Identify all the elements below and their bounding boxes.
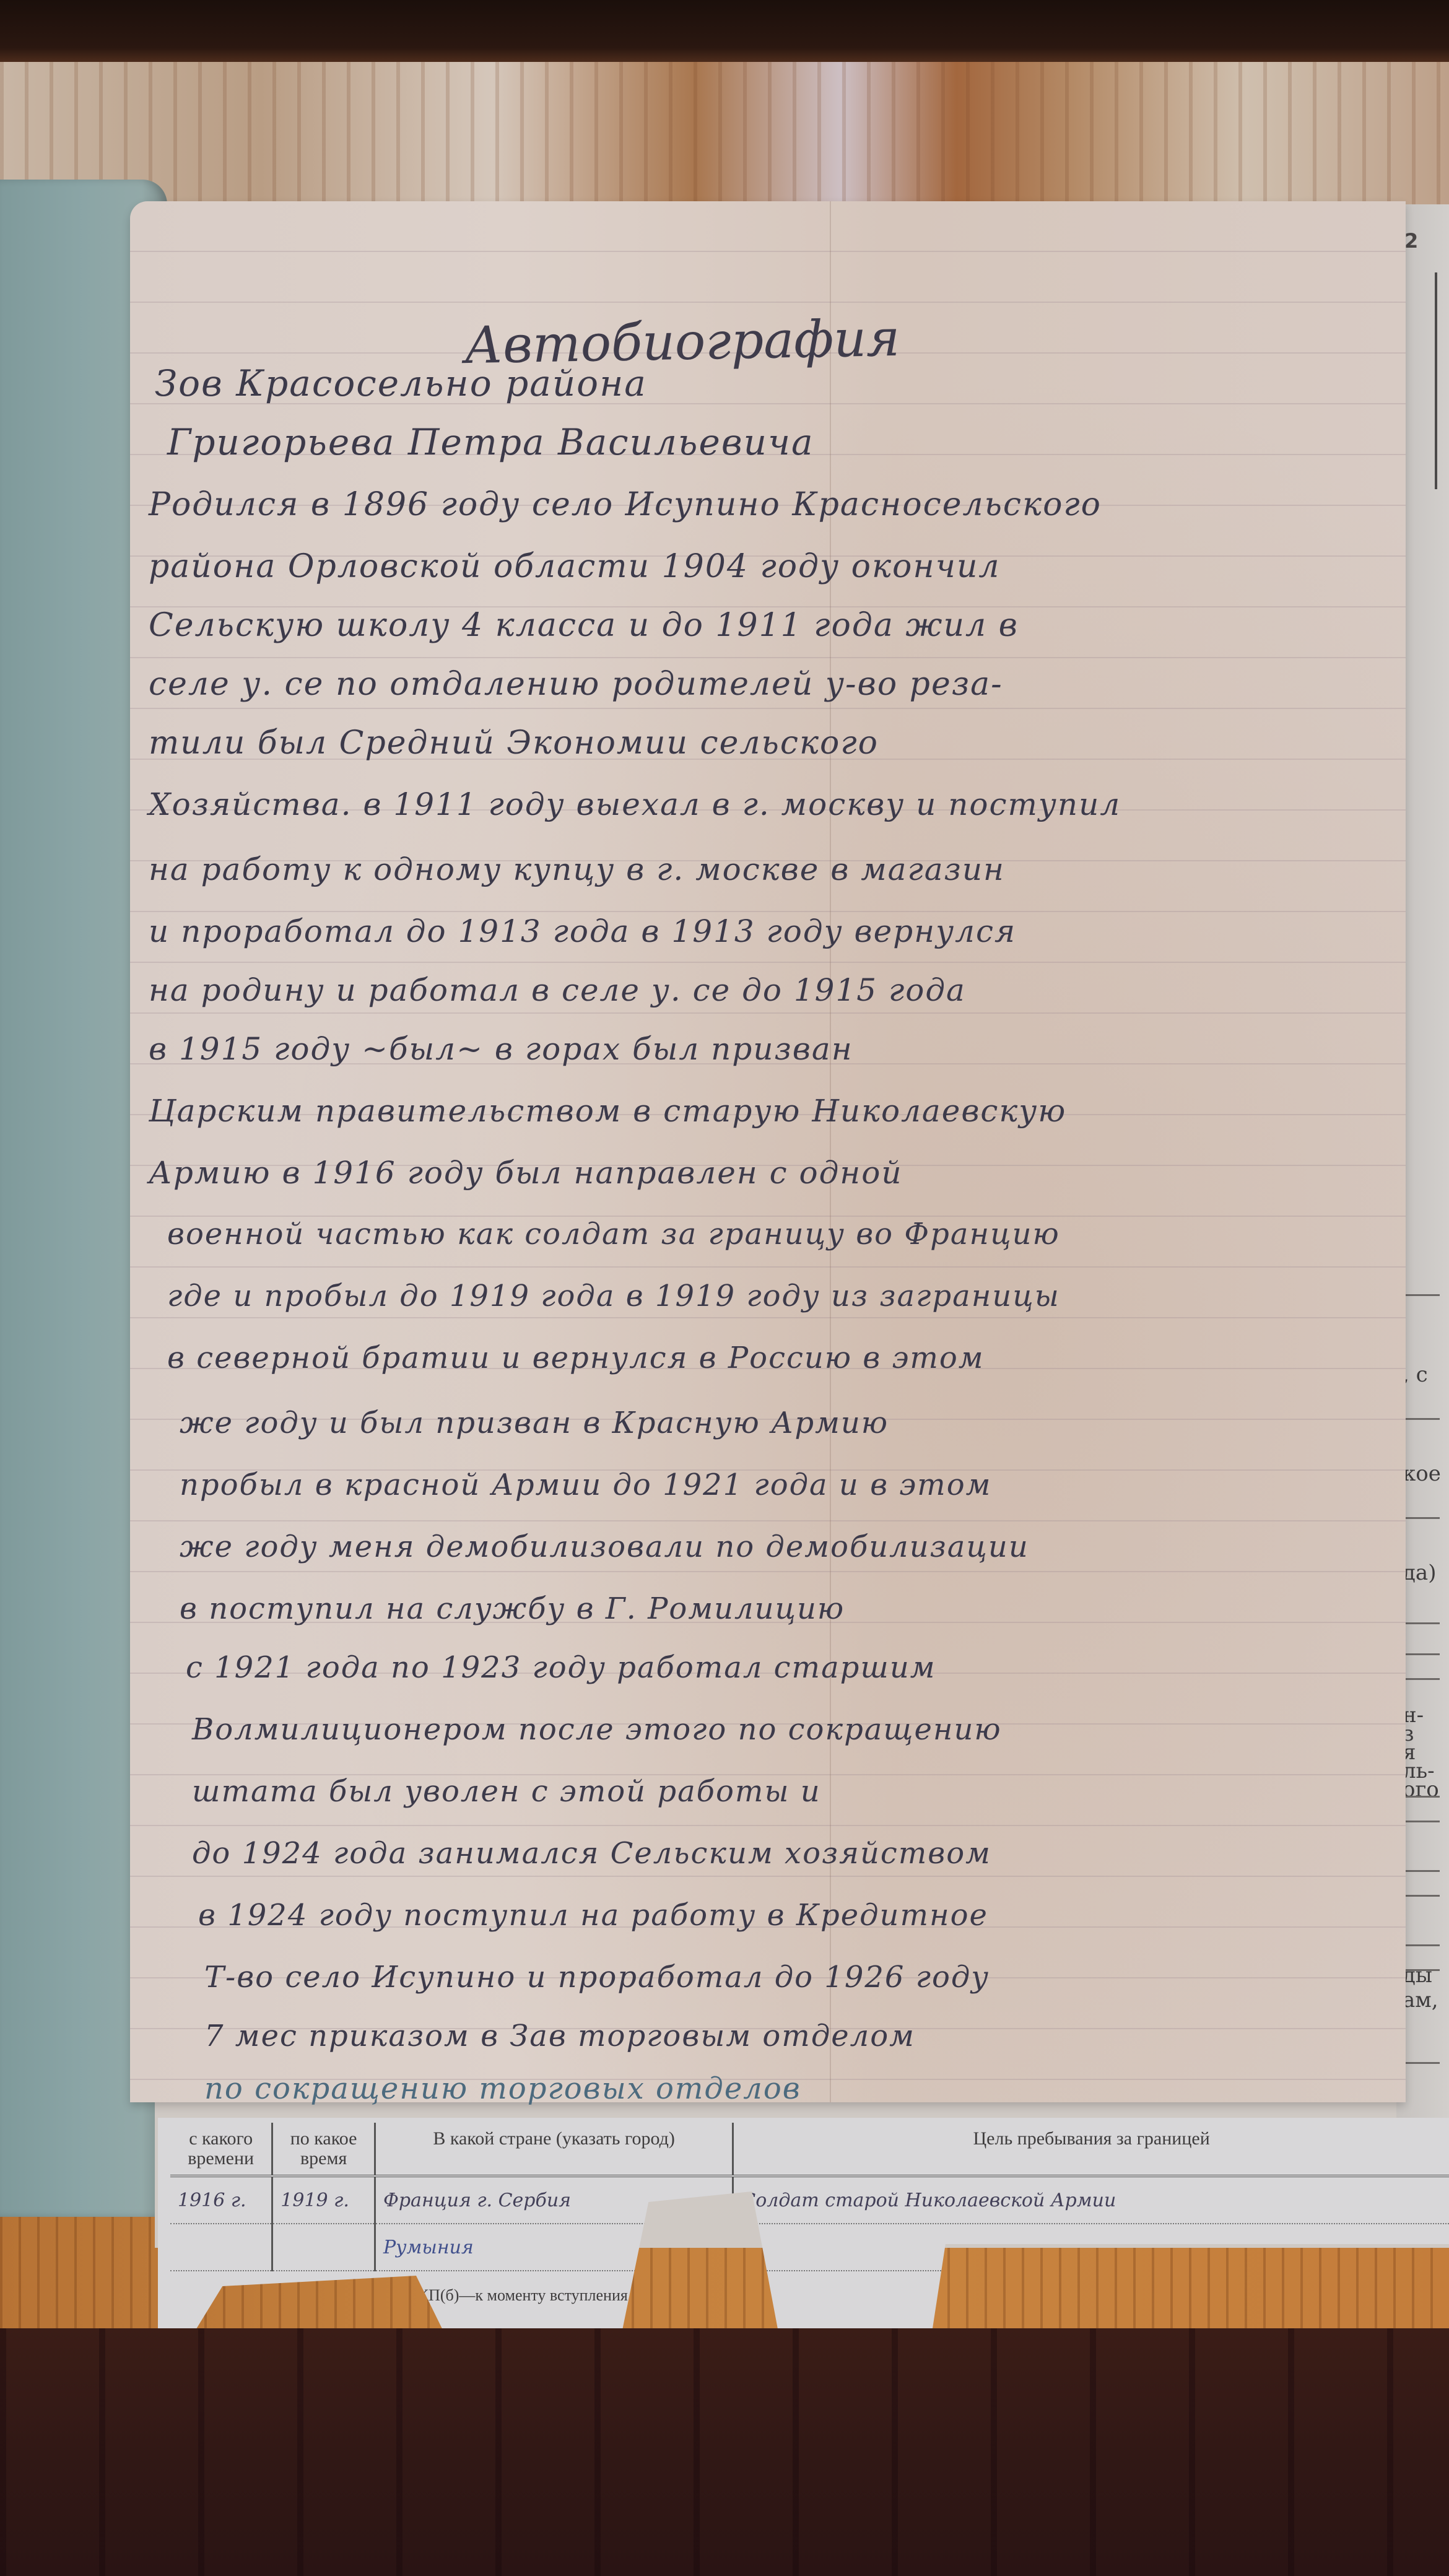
form-rule	[1403, 1294, 1440, 1296]
handwritten-line: Хозяйства. в 1911 году выехал в г. москв…	[149, 786, 1121, 822]
autobiography-sheet: Автобиография Зов Красосельно района Гри…	[130, 201, 1406, 2102]
column-header-purpose: Цель пребывания за границей	[733, 2123, 1449, 2176]
form-fragment: ам,	[1403, 1988, 1438, 2012]
handwritten-line: на работу к одному купцу в г. москве в м…	[149, 851, 1005, 887]
handwritten-line: до 1924 года занимался Сельским хозяйств…	[192, 1836, 991, 1871]
handwritten-line: же году меня демобилизовали по демобилиз…	[180, 1529, 1029, 1564]
handwritten-line: же году и был призван в Красную Армию	[180, 1406, 889, 1440]
cell-from: 1916 г.	[170, 2176, 272, 2224]
background-dark-wall	[0, 0, 1449, 68]
table-row: 1916 г. 1919 г. Франция г. Сербия Солдат…	[170, 2176, 1449, 2224]
form-rule	[1403, 1517, 1440, 1519]
form-fragment: ого	[1403, 1777, 1439, 1802]
form-rule	[1403, 2062, 1440, 2064]
column-header-country: В какой стране (указать город)	[375, 2123, 733, 2176]
handwritten-line: штата был уволен с этой работы и	[192, 1774, 821, 1809]
wooden-table-top-edge	[0, 62, 1449, 223]
handwritten-line: Т-во село Исупино и проработал до 1926 г…	[204, 1960, 990, 1995]
form-border-line	[1435, 272, 1437, 489]
form-rule	[1403, 1653, 1440, 1655]
handwritten-line: 7 мес приказом в Зав торговым отделом	[204, 2019, 915, 2053]
handwritten-line: Армию в 1916 году был направлен с одной	[149, 1155, 903, 1191]
form-fragment: , с	[1403, 1362, 1428, 1387]
handwritten-line: и проработал до 1913 года в 1913 году ве…	[149, 913, 1016, 949]
handwritten-line: в северной братии и вернулся в Россию в …	[167, 1341, 985, 1375]
handwritten-line: селе у. се по отдалению родителей у-во р…	[149, 666, 1003, 703]
column-header-from: с какого времени	[170, 2123, 272, 2176]
form-rule	[1403, 1821, 1440, 1822]
handwritten-line: с 1921 года по 1923 году работал старшим	[186, 1650, 936, 1685]
handwritten-line-blue-ink: по сокращению торговых отделов	[204, 2071, 801, 2106]
handwritten-line: Волмилиционером после этого по сокращени…	[192, 1712, 1002, 1747]
handwritten-line: Царским правительством в старую Николаев…	[149, 1093, 1066, 1129]
handwritten-line: в 1915 году ~был~ в горах был призван	[149, 1031, 853, 1067]
handwritten-line: тили был Средний Экономии сельского	[149, 724, 879, 762]
form-fragment: кое	[1403, 1461, 1441, 1486]
form-rule	[1403, 1796, 1440, 1798]
form-rule	[1403, 1944, 1440, 1946]
cell-purpose: Солдат старой Николаевской Армии	[733, 2176, 1449, 2224]
form-fragment: ды	[1403, 1963, 1432, 1988]
form-rule	[1403, 1870, 1440, 1872]
form-fragment: да)	[1403, 1560, 1436, 1585]
cell-to	[272, 2224, 375, 2271]
handwritten-line: Григорьева Петра Васильевича	[167, 421, 814, 463]
handwritten-line: района Орловской области 1904 году оконч…	[149, 548, 1001, 585]
form-rule	[1403, 1678, 1440, 1680]
form-rule	[1403, 1418, 1440, 1420]
page-number: 2	[1404, 229, 1418, 253]
handwritten-line: пробыл в красной Армии до 1921 года и в …	[180, 1468, 991, 1502]
form-rule	[1403, 1622, 1440, 1624]
column-header-to: по какое время	[272, 2123, 375, 2176]
handwritten-line: где и пробыл до 1919 года в 1919 году из…	[167, 1279, 1060, 1313]
handwritten-line: в поступил на службу в Г. Ромилицию	[180, 1591, 845, 1626]
form-rule	[1403, 1895, 1440, 1897]
cell-from	[170, 2224, 272, 2271]
handwritten-line: Сельскую школу 4 класса и до 1911 года ж…	[149, 607, 1019, 644]
cell-to: 1919 г.	[272, 2176, 375, 2224]
handwritten-line: в 1924 году поступил на работу в Кредитн…	[198, 1898, 988, 1933]
handwritten-line: Родился в 1896 году село Исупино Краснос…	[149, 486, 1102, 523]
handwritten-line: на родину и работал в селе у. се до 1915…	[149, 972, 966, 1008]
floor-background	[0, 2328, 1449, 2576]
handwritten-line: военной частью как солдат за границу во …	[167, 1217, 1060, 1251]
handwritten-line: Зов Красосельно района	[155, 362, 647, 404]
